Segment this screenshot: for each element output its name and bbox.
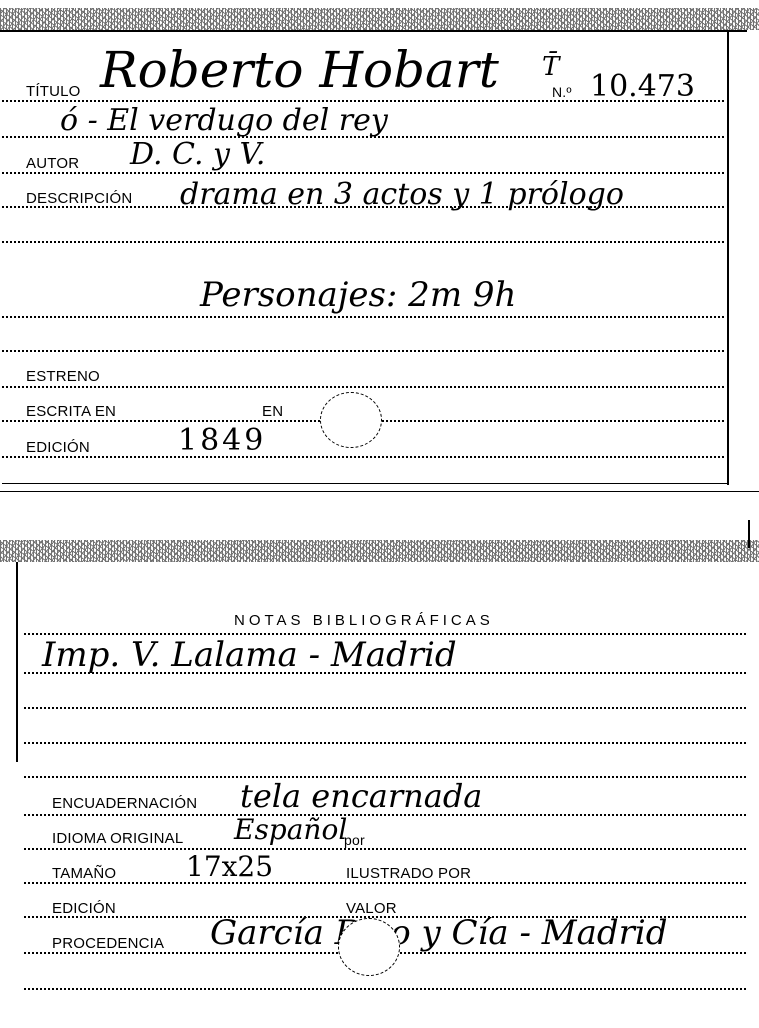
titulo-label: TÍTULO: [26, 83, 81, 100]
encuadernacion-value: tela encarnada: [240, 780, 482, 812]
rule-personajes: [2, 316, 724, 318]
escrita-en-label: ESCRITA EN: [26, 403, 116, 420]
card-bottom-edge: [2, 483, 729, 484]
descripcion-label: DESCRIPCIÓN: [26, 190, 132, 207]
card-border-left: [16, 562, 18, 762]
autor-label: AUTOR: [26, 155, 79, 172]
rule-autor: [2, 172, 724, 174]
rule-estreno: [2, 386, 724, 388]
tamano-value: 17x25: [186, 853, 273, 881]
encuadernacion-label: ENCUADERNACIÓN: [52, 795, 197, 812]
notas-heading: NOTAS BIBLIOGRÁFICAS: [234, 612, 494, 629]
idioma-por-label: por: [344, 832, 365, 848]
titulo-cont-value: ó - El verdugo del rey: [60, 106, 388, 136]
descripcion-value: drama en 3 actos y 1 prólogo: [180, 180, 624, 210]
scan-separator: [0, 491, 759, 492]
rule-notas-3: [24, 707, 746, 709]
number-value: 10.473: [590, 72, 695, 102]
rule-notas-4: [24, 742, 746, 744]
edicion-label: EDICIÓN: [26, 439, 90, 456]
card-edge-texture: [0, 8, 759, 30]
procedencia-label: PROCEDENCIA: [52, 935, 164, 952]
autor-value: D. C. y V.: [130, 140, 265, 170]
rule-blank-1: [2, 241, 724, 243]
idioma-value: Español: [234, 816, 347, 844]
catalog-card-back: NOTAS BIBLIOGRÁFICAS Imp. V. Lalama - Ma…: [0, 520, 759, 1028]
rule-idioma: [24, 848, 746, 850]
personajes-value: Personajes: 2m 9h: [200, 278, 516, 312]
note-line-1: Imp. V. Lalama - Madrid: [42, 638, 457, 672]
procedencia-value: García Rico y Cía - Madrid: [210, 916, 668, 950]
edicion-value: 1849: [178, 426, 266, 456]
rule-edicion: [2, 456, 724, 458]
rule-blank-2: [2, 350, 724, 352]
rule-tamano: [24, 882, 746, 884]
number-mark: T̄: [542, 54, 559, 80]
ilustrado-label: ILUSTRADO POR: [346, 865, 471, 882]
idioma-label: IDIOMA ORIGINAL: [52, 830, 183, 847]
rule-notas-2: [24, 672, 746, 674]
card-border-top: [0, 30, 747, 32]
catalog-card-front: TÍTULO Roberto Hobart T̄ N.º 10.473 ó - …: [0, 0, 759, 495]
en-label: EN: [262, 403, 283, 420]
tamano-label: TAMAÑO: [52, 865, 116, 882]
edicion-back-label: EDICIÓN: [52, 900, 116, 917]
card-border-right: [727, 30, 729, 485]
number-label: N.º: [552, 84, 572, 100]
rule-bottom: [24, 988, 746, 990]
card-edge-texture: [0, 540, 759, 562]
estreno-label: ESTRENO: [26, 368, 100, 385]
titulo-value: Roberto Hobart: [100, 45, 499, 95]
punch-hole: [338, 918, 400, 976]
punch-hole: [320, 392, 382, 448]
